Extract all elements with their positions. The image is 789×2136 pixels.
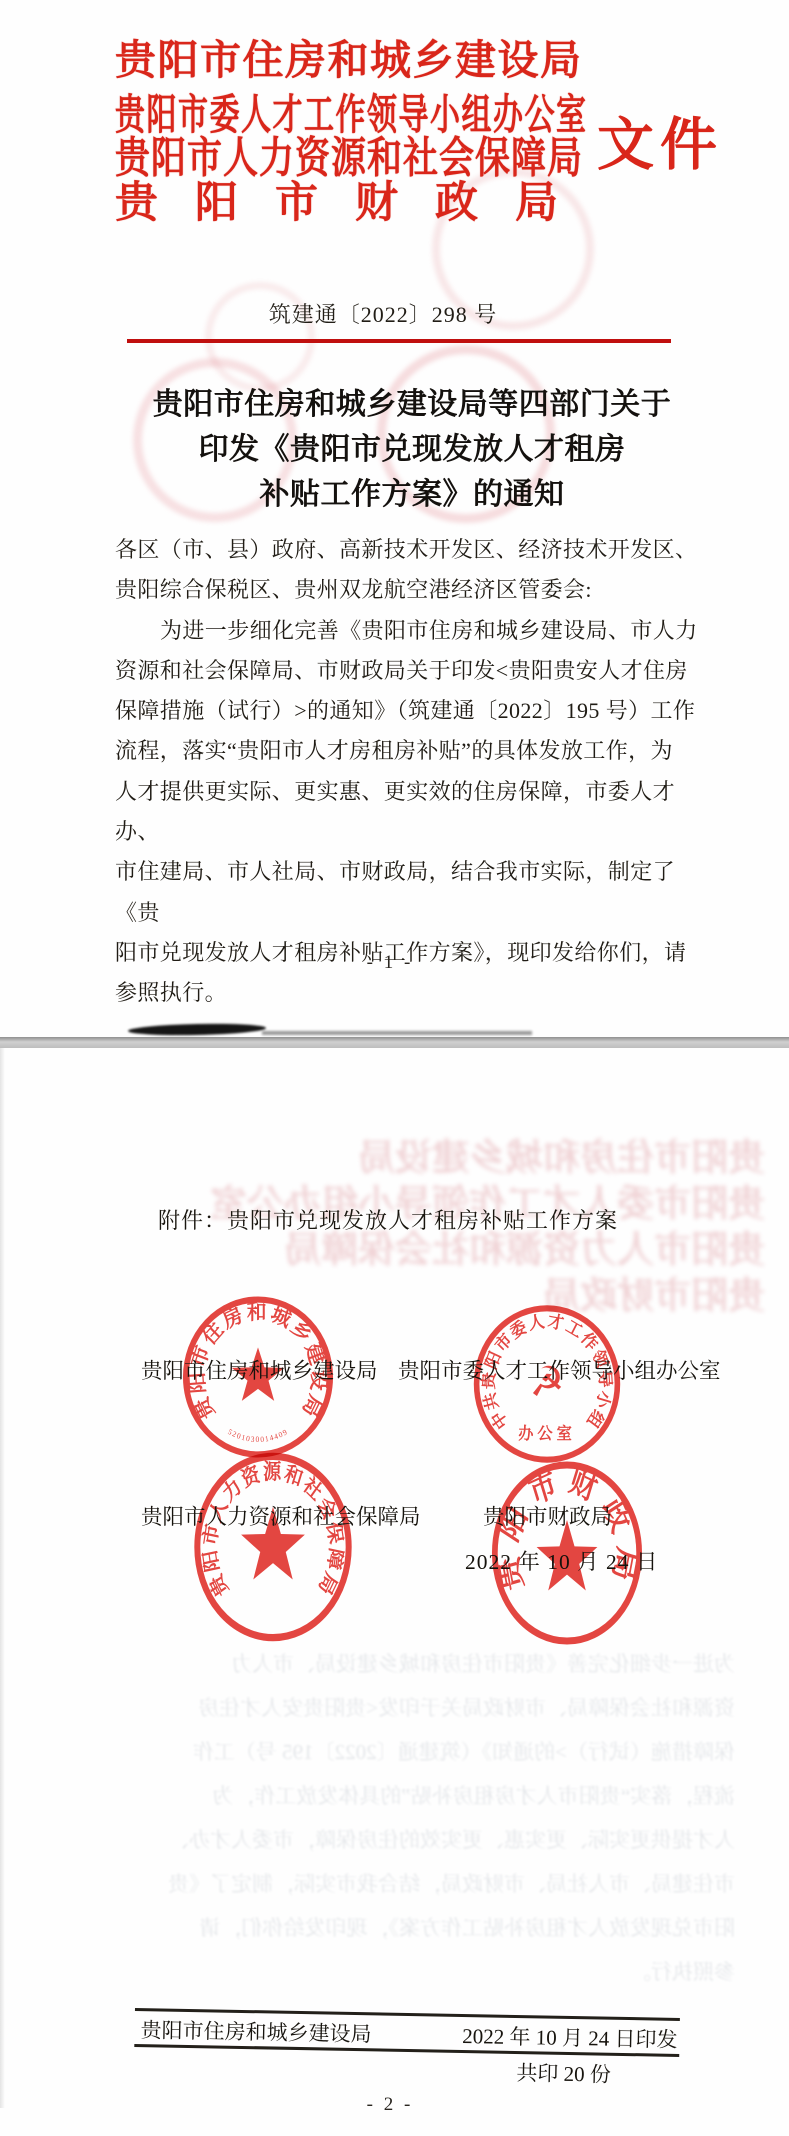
page-number: - 1 - (0, 952, 780, 974)
attachment-line: 附件：贵阳市兑现发放人才租房补贴工作方案 (158, 1204, 618, 1235)
doc-number: 筑建通〔2022〕298 号 (83, 298, 683, 329)
print-footer: 贵阳市住房和城乡建设局 2022 年 10 月 24 日印发 共印 20 份 (134, 2008, 680, 2088)
signer-label: 贵阳市人力资源和社会保障局 (141, 1500, 421, 1531)
page-number: - 2 - (0, 2094, 780, 2116)
header-agency-line: 贵阳市住房和城乡建设局 (115, 27, 583, 86)
signature-date: 2022 年 10 月 24 日 (465, 1545, 658, 1576)
footer-print-date: 2022 年 10 月 24 日印发 (462, 2020, 678, 2054)
body-line: 市住建局、市人社局、市财政局，结合我市实际，制定了《贵 (115, 852, 705, 933)
scan-smudge (128, 1023, 266, 1037)
body-bleedthrough-text: 为进一步细化完善《贵阳市住房和城乡建设局、市人力 资源和社会保障局、市财政局关于… (95, 1642, 735, 1994)
doc-type-label: 文件 (597, 99, 723, 181)
footer-copies: 共印 20 份 (516, 2057, 611, 2089)
body-line: 保障措施（试行）>的通知》（筑建通〔2022〕195 号）工作 (115, 691, 705, 731)
body-line: 为进一步细化完善《贵阳市住房和城乡建设局、市人力 (115, 611, 705, 651)
header-agency-line: 贵阳市财政局 (115, 169, 595, 230)
scanned-document: 贵阳市住房和城乡建设局 贵阳市委人才工作领导小组办公室 贵阳市人力资源和社会保障… (0, 0, 789, 2136)
document-title: 贵阳市住房和城乡建设局等四部门关于 印发《贵阳市兑现发放人才租房 补贴工作方案》… (112, 382, 712, 517)
body-text: 各区（市、县）政府、高新技术开发区、经济技术开发区、 贵阳综合保税区、贵州双龙航… (115, 530, 705, 1014)
body-line: 人才提供更实际、更实惠、更实效的住房保障，市委人才办、 (115, 772, 705, 853)
signer-label: 贵阳市住房和城乡建设局 (141, 1354, 378, 1385)
title-line: 贵阳市住房和城乡建设局等四部门关于 (112, 382, 712, 427)
seal-bottom-text: 办公室 (518, 1424, 576, 1444)
red-divider-rule (127, 339, 671, 343)
signer-label: 贵阳市财政局 (483, 1500, 612, 1531)
title-line: 印发《贵阳市兑现发放人才租房 (112, 427, 712, 472)
footer-issuer: 贵阳市住房和城乡建设局 (140, 2014, 372, 2048)
seal-serial-number: 5201030014409 (226, 1427, 289, 1444)
svg-text:5201030014409: 5201030014409 (226, 1427, 289, 1444)
recipient-line: 贵阳综合保税区、贵州双龙航空港经济区管委会: (115, 570, 705, 610)
recipient-line: 各区（市、县）政府、高新技术开发区、经济技术开发区、 (115, 530, 705, 570)
body-line: 资源和社会保障局、市财政局关于印发<贵阳贵安人才住房 (115, 651, 705, 691)
body-line: 流程，落实“贵阳市人才房租房补贴”的具体发放工作，为 (115, 731, 705, 771)
signer-label: 贵阳市委人才工作领导小组办公室 (398, 1354, 721, 1385)
scan-edge-shadow (0, 1048, 5, 2108)
page-divider (0, 1037, 789, 1048)
official-seal-hr-bureau: 贵阳市人力资源和社会保障局 (187, 1444, 359, 1650)
body-line: 参照执行。 (115, 973, 705, 1013)
title-line: 补贴工作方案》的通知 (112, 472, 712, 517)
scan-smudge (262, 1031, 532, 1035)
